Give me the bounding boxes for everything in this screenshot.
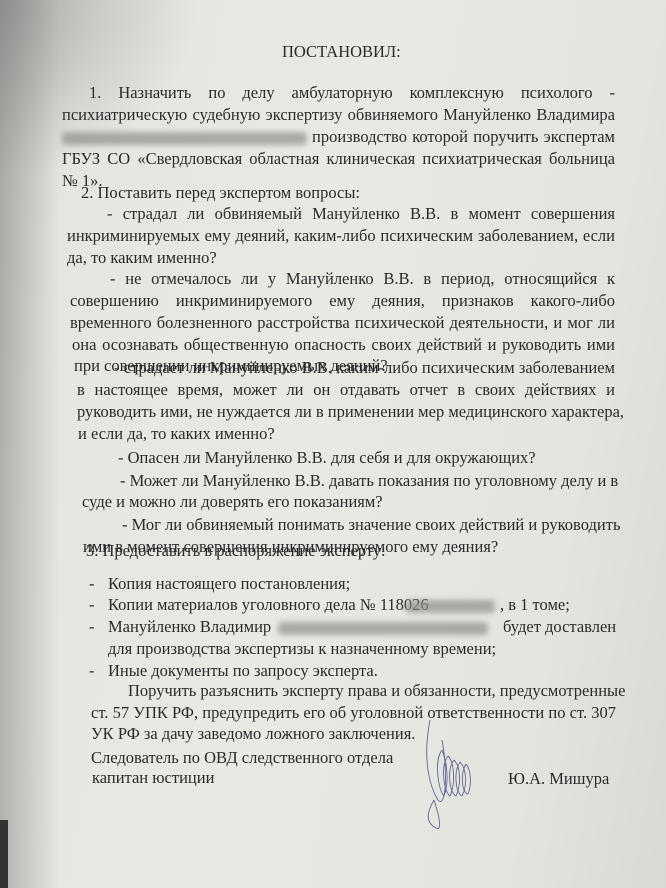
document-page: ПОСТАНОВИЛ: 1. Назначить по делу амбулат… <box>0 0 666 888</box>
question: - страдает ли Мануйленко В.В. каким-либо… <box>114 357 615 378</box>
list-item: , в 1 томе; <box>500 594 570 615</box>
item1-line: 1. Назначить по делу амбулаторную компле… <box>89 82 615 103</box>
question: руководить ими, не нуждается ли в примен… <box>77 401 615 422</box>
signatory-position: капитан юстиции <box>92 767 214 788</box>
closing-line: Поручить разъяснить эксперту права и обя… <box>128 680 616 701</box>
question: инкриминируемых ему деяний, каким-либо п… <box>67 225 615 246</box>
item2-heading: 2. Поставить перед экспертом вопросы: <box>81 182 360 203</box>
list-item: Иные документы по запросу эксперта. <box>108 660 378 681</box>
item1-line: производство которой поручить экспертам <box>312 126 615 147</box>
question: - Может ли Мануйленко В.В. давать показа… <box>120 470 615 491</box>
question: - не отмечалось ли у Мануйленко В.В. в п… <box>110 268 615 289</box>
signatory-name: Ю.А. Мишура <box>508 768 609 789</box>
question: - Опасен ли Мануйленко В.В. для себя и д… <box>118 447 536 468</box>
question: да, то каким именно? <box>67 247 217 268</box>
background-edge <box>0 820 8 888</box>
redacted-text <box>405 594 495 615</box>
list-bullet: - <box>89 616 95 637</box>
item1-line: психиатрическую судебную экспертизу обви… <box>62 104 615 125</box>
item1-line: ГБУЗ СО «Свердловская областная клиничес… <box>62 148 615 169</box>
question: в настоящее время, может ли он отдавать … <box>77 379 615 400</box>
list-bullet: - <box>89 573 95 594</box>
closing-line: УК РФ за дачу заведомо ложного заключени… <box>91 723 415 744</box>
question: - страдал ли обвиняемый Мануйленко В.В. … <box>107 203 615 224</box>
list-item: будет доставлен <box>503 616 616 637</box>
redacted-text <box>62 126 307 147</box>
closing-line: ст. 57 УПК РФ, предупредить его об уголо… <box>91 702 616 723</box>
item3-heading: 3. Предоставить в распоряжение эксперту: <box>86 540 386 561</box>
list-item: для производства экспертизы к назначенно… <box>108 638 496 659</box>
signatory-position: Следователь по ОВД следственного отдела <box>91 747 393 768</box>
question: - Мог ли обвиняемый понимать значение св… <box>122 514 615 535</box>
list-item: Мануйленко Владимир <box>108 616 271 637</box>
question: суде и можно ли доверять его показаниям? <box>82 491 383 512</box>
question: она осознавать общественную опасность св… <box>72 334 615 355</box>
list-item: Копия настоящего постановления; <box>108 573 350 594</box>
list-bullet: - <box>89 594 95 615</box>
list-item: Копии материалов уголовного дела № 11802… <box>108 594 429 615</box>
signature <box>420 700 500 840</box>
redacted-text <box>278 616 488 637</box>
question: временного болезненного расстройства пси… <box>70 312 615 333</box>
question: совершению инкриминируемого ему деяния, … <box>70 290 615 311</box>
heading: ПОСТАНОВИЛ: <box>282 41 401 62</box>
question: и если да, то каких именно? <box>78 423 275 444</box>
list-bullet: - <box>89 660 95 681</box>
